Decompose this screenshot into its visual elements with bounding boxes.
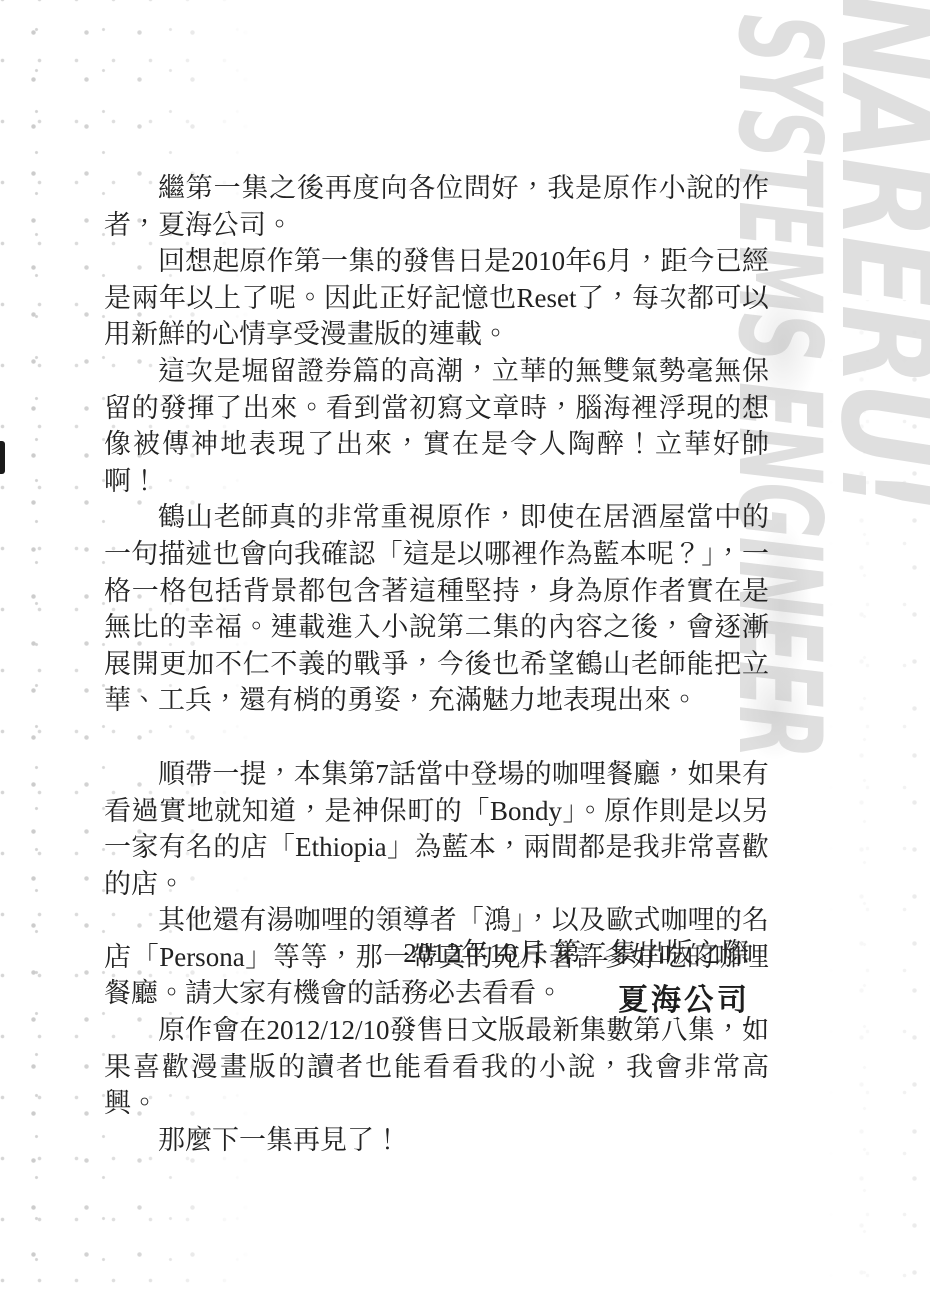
afterword-paragraph: 這次是堀留證券篇的高潮，立華的無雙氣勢毫無保留的發揮了出來。看到當初寫文章時，腦…	[104, 353, 769, 499]
afterword-page: NARERU! SYSTEMS ENGINEER 繼第一集之後再度向各位問好，我…	[0, 0, 930, 1293]
signature-block: 2012年10月 第二集出版之際 夏海公司	[104, 931, 750, 1019]
afterword-paragraph: 鶴山老師真的非常重視原作，即使在居酒屋當中的一句描述也會向我確認「這是以哪裡作為…	[104, 499, 769, 719]
afterword-paragraph: 原作會在2012/12/10發售日文版最新集數第八集，如果喜歡漫畫版的讀者也能看…	[104, 1012, 769, 1122]
afterword-paragraph: 那麼下一集再見了！	[104, 1122, 769, 1159]
afterword-paragraph: 繼第一集之後再度向各位問好，我是原作小說的作者，夏海公司。	[104, 170, 769, 243]
signature-author: 夏海公司	[104, 975, 750, 1019]
scan-edge-notch	[0, 441, 5, 474]
afterword-paragraph: 回想起原作第一集的發售日是2010年6月，距今已經是兩年以上了呢。因此正好記憶也…	[104, 243, 769, 353]
afterword-paragraph: 順帶一提，本集第7話當中登場的咖哩餐廳，如果有看過實地就知道，是神保町的「Bon…	[104, 756, 769, 902]
signature-date: 2012年10月 第二集出版之際	[104, 931, 750, 970]
